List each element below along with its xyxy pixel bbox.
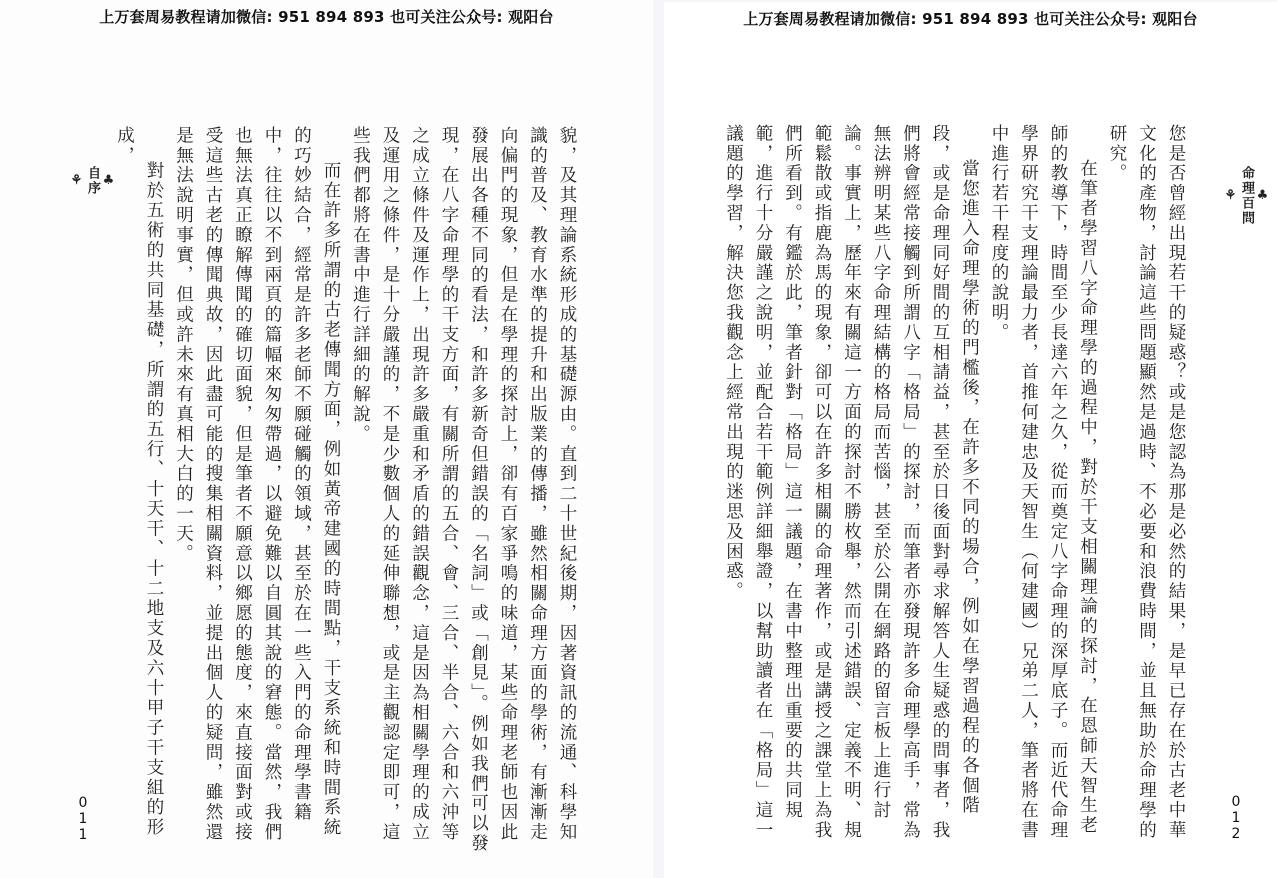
page-number: 0 1 2 xyxy=(1229,794,1243,842)
paragraph: 在筆者學習八字命理學的過程中，對於干支相關理論的探討，在恩師天智生老師的教導下，… xyxy=(984,124,1102,854)
page-number: 0 1 1 xyxy=(76,795,90,843)
running-head-title: 命理百問 xyxy=(1237,166,1256,226)
right-body-text: 您是否曾經出現若干的疑惑？或是您認為那是必然的結果，是早已存在於古老中華文化的產… xyxy=(718,124,1190,854)
fleur-ornament-icon: ♣ xyxy=(1256,188,1269,205)
paragraph: 貌，及其理論系統形成的基礎源由。直到二十世紀後期，因著資訊的流通、科學知識的普及… xyxy=(345,126,581,856)
banner-text: 上万套周易教程请加微信: 951 894 893 也可关注公众号: 观阳台 xyxy=(743,10,1197,28)
paragraph: 您是否曾經出現若干的疑惑？或是您認為那是必然的結果，是早已存在於古老中華文化的產… xyxy=(1102,124,1191,854)
paragraph: 當您進入命理學術的門檻後，在許多不同的場合，例如在學習過程的各個階段，或是命理同… xyxy=(718,124,984,854)
left-page-banner: 上万套周易教程请加微信: 951 894 893 也可关注公众号: 观阳台 xyxy=(0,6,653,27)
running-head-title: 自序 xyxy=(83,166,102,196)
right-page: 上万套周易教程请加微信: 951 894 893 也可关注公众号: 观阳台 ♣ … xyxy=(664,2,1277,878)
ornament-bottom-icon: ⚘ xyxy=(1224,188,1237,205)
ornament-bottom-icon: ⚘ xyxy=(70,173,83,190)
right-page-banner: 上万套周易教程请加微信: 951 894 893 也可关注公众号: 观阳台 xyxy=(664,8,1277,29)
paragraph: 而在許多所謂的古老傳聞方面，例如黃帝建國的時間點，干支系統和時間系統的巧妙結合，… xyxy=(168,126,345,856)
paragraph: 對於五術的共同基礎，所謂的五行、十天干、十二地支及六十甲子干支組的形成， xyxy=(109,126,168,856)
right-running-head: ♣ 命理百問 ⚘ xyxy=(1224,166,1269,226)
left-page: 上万套周易教程请加微信: 951 894 893 也可关注公众号: 观阳台 ♣ … xyxy=(0,0,653,878)
left-body-text: 貌，及其理論系統形成的基礎源由。直到二十世紀後期，因著資訊的流通、科學知識的普及… xyxy=(109,126,581,856)
banner-text: 上万套周易教程请加微信: 951 894 893 也可关注公众号: 观阳台 xyxy=(99,8,553,26)
